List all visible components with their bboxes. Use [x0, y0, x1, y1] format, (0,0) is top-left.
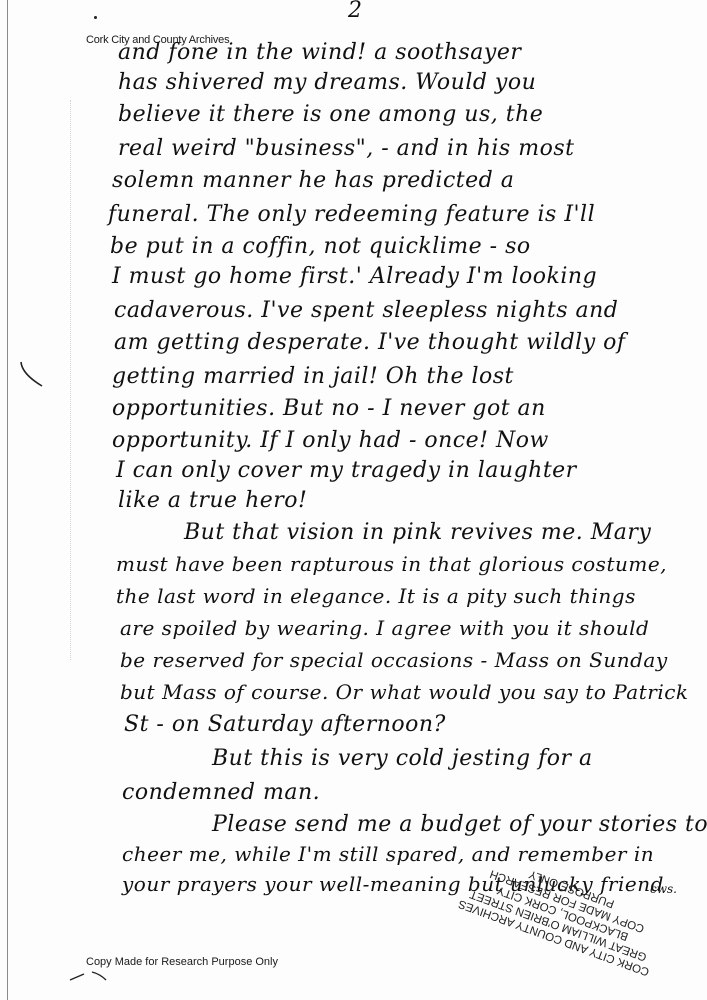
footer-note: Copy Made for Research Purpose Only — [86, 956, 278, 968]
handwritten-line: opportunity. If I only had - once! Now — [112, 428, 549, 453]
handwritten-line: be put in a coffin, not quicklime - so — [110, 234, 531, 259]
handwritten-line: cheer me, while I'm still spared, and re… — [122, 842, 654, 866]
handwritten-line: But this is very cold jesting for a — [212, 746, 593, 771]
footer-pen-mark — [66, 968, 116, 982]
ink-speck — [94, 16, 97, 19]
handwritten-line: funeral. The only redeeming feature is I… — [108, 202, 595, 227]
handwritten-line: getting married in jail! Oh the lost — [112, 364, 514, 389]
handwritten-line: like a true hero! — [118, 488, 307, 513]
handwritten-line: am getting desperate. I've thought wildl… — [114, 330, 626, 355]
handwritten-line: condemned man. — [122, 780, 320, 805]
scan-edge-line — [7, 0, 8, 1000]
scanned-letter-page: 2 Cork City and County Archives and fone… — [0, 0, 707, 1000]
handwritten-line: the last word in elegance. It is a pity … — [116, 584, 636, 608]
handwritten-line: opportunities. But no - I never got an — [112, 396, 546, 421]
handwritten-line: has shivered my dreams. Would you — [118, 70, 536, 95]
handwritten-line: Please send me a budget of your stories … — [212, 812, 707, 837]
page-number: 2 — [348, 0, 362, 23]
margin-pen-mark — [18, 360, 44, 388]
handwritten-line: and fone in the wind! a soothsayer — [118, 40, 521, 65]
paper-edge — [70, 100, 71, 660]
handwritten-line: solemn manner he has predicted a — [112, 168, 514, 193]
handwritten-line: St - on Saturday afternoon? — [124, 712, 446, 737]
handwritten-line: be reserved for special occasions - Mass… — [120, 648, 668, 672]
handwritten-line: real weird "business", - and in his most — [118, 136, 574, 161]
handwritten-line: But that vision in pink revives me. Mary — [184, 520, 651, 545]
handwritten-line: cadaverous. I've spent sleepless nights … — [114, 298, 618, 323]
signature-initials: cws. — [650, 882, 677, 896]
handwritten-line: are spoiled by wearing. I agree with you… — [120, 616, 649, 640]
handwritten-line: must have been rapturous in that gloriou… — [116, 552, 667, 576]
handwritten-line: I must go home first.' Already I'm looki… — [112, 264, 597, 289]
handwritten-line: believe it there is one among us, the — [118, 102, 543, 127]
handwritten-line: but Mass of course. Or what would you sa… — [120, 680, 689, 704]
handwritten-line: I can only cover my tragedy in laughter — [116, 458, 577, 483]
